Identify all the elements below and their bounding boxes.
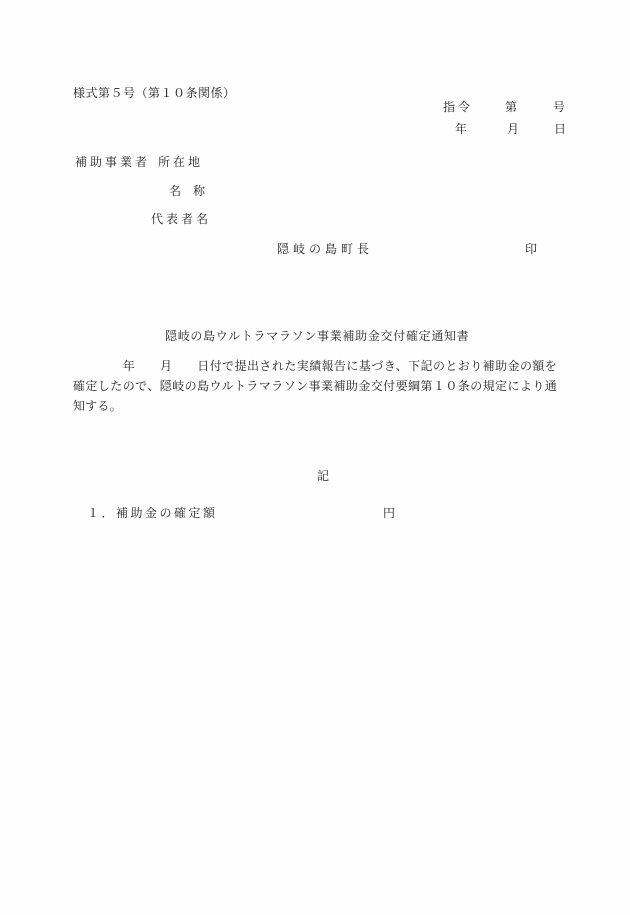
date-day-label: 日 <box>554 123 566 135</box>
issuer-name: 隠岐の島町長 <box>277 243 373 255</box>
seal-mark: 印 <box>525 243 537 255</box>
date-year-label: 年 <box>455 123 467 135</box>
directive-number-suffix: 号 <box>553 101 565 113</box>
body-line-2: 確定したので、隠岐の島ウルトラマラソン事業補助金交付要綱第１０条の規定により通 <box>73 376 557 396</box>
recipient-address-label: 所在地 <box>158 156 203 168</box>
directive-number-prefix: 第 <box>505 101 517 113</box>
document-title: 隠岐の島ウルトラマラソン事業補助金交付確定通知書 <box>165 330 469 342</box>
recipient-name-label: 名 称 <box>169 185 205 197</box>
body-paragraph: 年 月 日付で提出された実績報告に基づき、下記のとおり補助金の額を 確定したので… <box>73 356 557 416</box>
directive-label: 指令 <box>443 101 473 113</box>
body-line-3: 知する。 <box>73 396 557 416</box>
recipient-representative-label: 代表者名 <box>151 213 211 225</box>
form-number: 様式第５号（第１０条関係） <box>73 87 236 99</box>
recipient-role-label: 補助事業者 <box>75 156 150 168</box>
date-month-label: 月 <box>507 123 519 135</box>
notation-ki: 記 <box>317 470 329 482</box>
item-1-label: １．補助金の確定額 <box>87 507 218 519</box>
body-line-1: 年 月 日付で提出された実績報告に基づき、下記のとおり補助金の額を <box>73 356 557 376</box>
document-page: 様式第５号（第１０条関係） 指令 第 号 年 月 日 補助事業者 所在地 名 称… <box>0 0 630 915</box>
item-1-unit: 円 <box>383 507 395 519</box>
